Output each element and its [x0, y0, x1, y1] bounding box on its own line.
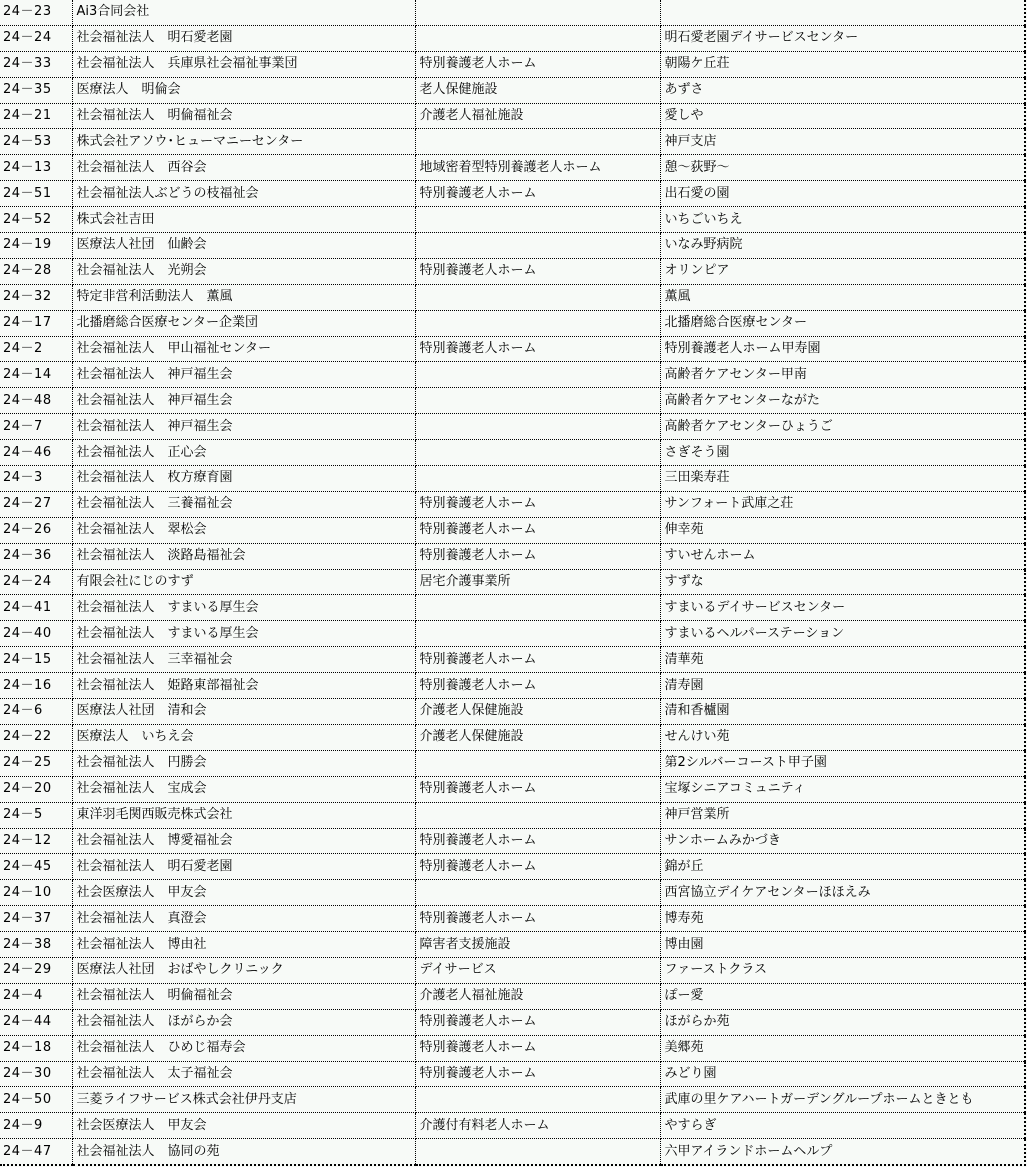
table-row: 24－9社会医療法人 甲友会介護付有料老人ホームやすらぎ [0, 1113, 1025, 1139]
cell-organization[interactable]: 株式会社アソウ･ヒューマニーセンター [72, 129, 415, 155]
cell-facility-type[interactable] [415, 750, 660, 776]
cell-organization[interactable]: 社会福祉法人ぶどうの枝福祉会 [72, 181, 415, 207]
table-row: 24－16社会福祉法人 姫路東部福祉会特別養護老人ホーム清寿園 [0, 673, 1025, 699]
cell-facility-type[interactable]: 特別養護老人ホーム [415, 1009, 660, 1035]
cell-facility-name[interactable]: 錦が丘 [660, 854, 1025, 880]
table-row: 24－19医療法人社団 仙齢会いなみ野病院 [0, 233, 1025, 259]
cell-id[interactable]: 24－53 [0, 129, 72, 155]
cell-facility-type[interactable] [415, 284, 660, 310]
cell-id[interactable]: 24－37 [0, 906, 72, 932]
cell-id[interactable]: 24－16 [0, 673, 72, 699]
table-row: 24－38社会福祉法人 博由社障害者支援施設博由園 [0, 932, 1025, 958]
cell-id[interactable]: 24－50 [0, 1087, 72, 1113]
cell-organization[interactable]: 社会福祉法人 協同の苑 [72, 1139, 415, 1165]
cell-id[interactable]: 24－30 [0, 1061, 72, 1087]
cell-id[interactable]: 24－47 [0, 1139, 72, 1165]
cell-id[interactable]: 24－36 [0, 543, 72, 569]
cell-id[interactable]: 24－15 [0, 647, 72, 673]
table-row: 24－23Ai3合同会社 [0, 0, 1025, 25]
table-row: 24－3社会福祉法人 枚方療育園三田楽寿荘 [0, 466, 1025, 492]
cell-organization[interactable]: 社会福祉法人 太子福祉会 [72, 1061, 415, 1087]
cell-facility-type[interactable]: 特別養護老人ホーム [415, 1061, 660, 1087]
cell-facility-type[interactable] [415, 25, 660, 51]
cell-facility-name[interactable]: ぽー愛 [660, 983, 1025, 1009]
cell-organization[interactable]: 医療法人社団 清和会 [72, 699, 415, 725]
table-row: 24－25社会福祉法人 円勝会第2シルバーコースト甲子園 [0, 750, 1025, 776]
cell-facility-type[interactable]: 特別養護老人ホーム [415, 906, 660, 932]
cell-facility-type[interactable]: 特別養護老人ホーム [415, 673, 660, 699]
cell-id[interactable]: 24－46 [0, 440, 72, 466]
cell-id[interactable]: 24－6 [0, 699, 72, 725]
table-row: 24－33社会福祉法人 兵庫県社会福祉事業団特別養護老人ホーム朝陽ケ丘荘 [0, 51, 1025, 77]
cell-facility-type[interactable] [415, 440, 660, 466]
cell-organization[interactable]: 社会福祉法人 甲山福祉センター [72, 336, 415, 362]
cell-facility-name[interactable]: 伸幸苑 [660, 517, 1025, 543]
table-row: 24－41社会福祉法人 すまいる厚生会すまいるデイサービスセンター [0, 595, 1025, 621]
cell-facility-name[interactable]: 西宮協立デイケアセンターほほえみ [660, 880, 1025, 906]
table-row: 24－2社会福祉法人 甲山福祉センター特別養護老人ホーム特別養護老人ホーム甲寿園 [0, 336, 1025, 362]
table-row: 24－51社会福祉法人ぶどうの枝福祉会特別養護老人ホーム出石愛の園 [0, 181, 1025, 207]
table-row: 24－28社会福祉法人 光朔会特別養護老人ホームオリンピア [0, 258, 1025, 284]
cell-organization[interactable]: 東洋羽毛関西販売株式会社 [72, 802, 415, 828]
cell-facility-name[interactable]: いちごいちえ [660, 207, 1025, 233]
table-row: 24－24社会福祉法人 明石愛老園明石愛老園デイサービスセンター [0, 25, 1025, 51]
table-row: 24－44社会福祉法人 ほがらか会特別養護老人ホームほがらか苑 [0, 1009, 1025, 1035]
table-row: 24－10社会医療法人 甲友会西宮協立デイケアセンターほほえみ [0, 880, 1025, 906]
table-row: 24－14社会福祉法人 神戸福生会高齢者ケアセンター甲南 [0, 362, 1025, 388]
cell-organization[interactable]: 特定非営利活動法人 薫風 [72, 284, 415, 310]
cell-id[interactable]: 24－24 [0, 569, 72, 595]
cell-facility-type[interactable]: 特別養護老人ホーム [415, 51, 660, 77]
table-row: 24－17北播磨総合医療センター企業団北播磨総合医療センター [0, 310, 1025, 336]
cell-facility-name[interactable]: オリンピア [660, 258, 1025, 284]
cell-id[interactable]: 24－21 [0, 103, 72, 129]
cell-facility-name[interactable]: 清和香櫨園 [660, 699, 1025, 725]
cell-facility-name[interactable]: 武庫の里ケアハートガーデングループホームときとも [660, 1087, 1025, 1113]
cell-organization[interactable]: 社会福祉法人 神戸福生会 [72, 388, 415, 414]
cell-facility-name[interactable]: サンホームみかづき [660, 828, 1025, 854]
table-row: 24－6医療法人社団 清和会介護老人保健施設清和香櫨園 [0, 699, 1025, 725]
cell-facility-type[interactable] [415, 310, 660, 336]
cell-id[interactable]: 24－4 [0, 983, 72, 1009]
cell-facility-type[interactable] [415, 466, 660, 492]
cell-organization[interactable]: 株式会社吉田 [72, 207, 415, 233]
cell-facility-type[interactable]: 老人保健施設 [415, 77, 660, 103]
cell-facility-type[interactable]: 特別養護老人ホーム [415, 828, 660, 854]
cell-id[interactable]: 24－32 [0, 284, 72, 310]
table-row: 24－50三菱ライフサービス株式会社伊丹支店武庫の里ケアハートガーデングループホ… [0, 1087, 1025, 1113]
cell-id[interactable]: 24－12 [0, 828, 72, 854]
cell-facility-name[interactable]: あずさ [660, 77, 1025, 103]
cell-facility-type[interactable]: 特別養護老人ホーム [415, 336, 660, 362]
cell-facility-type[interactable]: 特別養護老人ホーム [415, 543, 660, 569]
cell-facility-name[interactable]: 特別養護老人ホーム甲寿園 [660, 336, 1025, 362]
cell-facility-type[interactable]: 特別養護老人ホーム [415, 647, 660, 673]
cell-facility-type[interactable] [415, 388, 660, 414]
cell-facility-type[interactable]: 介護老人保健施設 [415, 699, 660, 725]
cell-id[interactable]: 24－29 [0, 957, 72, 983]
cell-facility-name[interactable]: 明石愛老園デイサービスセンター [660, 25, 1025, 51]
cell-organization[interactable]: 社会福祉法人 翠松会 [72, 517, 415, 543]
cell-id[interactable]: 24－40 [0, 621, 72, 647]
cell-facility-name[interactable]: ほがらか苑 [660, 1009, 1025, 1035]
cell-id[interactable]: 24－20 [0, 776, 72, 802]
cell-organization[interactable]: 医療法人社団 仙齢会 [72, 233, 415, 259]
cell-organization[interactable]: Ai3合同会社 [72, 0, 415, 25]
cell-facility-type[interactable]: 特別養護老人ホーム [415, 517, 660, 543]
table-row: 24－26社会福祉法人 翠松会特別養護老人ホーム伸幸苑 [0, 517, 1025, 543]
cell-organization[interactable]: 社会医療法人 甲友会 [72, 1113, 415, 1139]
cell-id[interactable]: 24－23 [0, 0, 72, 25]
cell-facility-type[interactable] [415, 802, 660, 828]
cell-id[interactable]: 24－41 [0, 595, 72, 621]
cell-facility-name[interactable]: 宝塚シニアコミュニティ [660, 776, 1025, 802]
cell-organization[interactable]: 社会福祉法人 すまいる厚生会 [72, 621, 415, 647]
cell-facility-type[interactable] [415, 129, 660, 155]
cell-facility-name[interactable]: 高齢者ケアセンター甲南 [660, 362, 1025, 388]
cell-organization[interactable]: 社会福祉法人 三幸福祉会 [72, 647, 415, 673]
cell-facility-type[interactable] [415, 207, 660, 233]
cell-id[interactable]: 24－27 [0, 491, 72, 517]
cell-facility-type[interactable] [415, 1087, 660, 1113]
cell-facility-name[interactable]: 三田楽寿荘 [660, 466, 1025, 492]
cell-organization[interactable]: 社会福祉法人 姫路東部福祉会 [72, 673, 415, 699]
cell-organization[interactable]: 社会福祉法人 明石愛老園 [72, 854, 415, 880]
cell-facility-name[interactable]: すずな [660, 569, 1025, 595]
cell-facility-type[interactable]: 居宅介護事業所 [415, 569, 660, 595]
cell-facility-name[interactable]: 神戸支店 [660, 129, 1025, 155]
cell-facility-name[interactable]: 憩～荻野～ [660, 155, 1025, 181]
table-row: 24－20社会福祉法人 宝成会特別養護老人ホーム宝塚シニアコミュニティ [0, 776, 1025, 802]
cell-facility-type[interactable] [415, 414, 660, 440]
cell-organization[interactable]: 社会福祉法人 西谷会 [72, 155, 415, 181]
cell-facility-name[interactable]: ファーストクラス [660, 957, 1025, 983]
cell-facility-name[interactable]: 六甲アイランドホームヘルプ [660, 1139, 1025, 1165]
cell-organization[interactable]: 社会福祉法人 枚方療育園 [72, 466, 415, 492]
cell-id[interactable]: 24－48 [0, 388, 72, 414]
table-row: 24－24有限会社にじのすず居宅介護事業所すずな [0, 569, 1025, 595]
table-row: 24－53株式会社アソウ･ヒューマニーセンター神戸支店 [0, 129, 1025, 155]
cell-facility-name[interactable]: 美郷苑 [660, 1035, 1025, 1061]
cell-id[interactable]: 24－9 [0, 1113, 72, 1139]
cell-organization[interactable]: 社会福祉法人 すまいる厚生会 [72, 595, 415, 621]
cell-id[interactable]: 24－13 [0, 155, 72, 181]
cell-facility-name[interactable]: せんけい苑 [660, 724, 1025, 750]
cell-facility-type[interactable]: デイサービス [415, 957, 660, 983]
cell-id[interactable]: 24－19 [0, 233, 72, 259]
table-row: 24－7社会福祉法人 神戸福生会高齢者ケアセンターひょうご [0, 414, 1025, 440]
table-row: 24－46社会福祉法人 正心会さぎそう園 [0, 440, 1025, 466]
cell-facility-name[interactable]: 薫風 [660, 284, 1025, 310]
cell-facility-type[interactable] [415, 0, 660, 25]
cell-id[interactable]: 24－38 [0, 932, 72, 958]
cell-facility-type[interactable] [415, 233, 660, 259]
cell-organization[interactable]: 社会福祉法人 明倫福祉会 [72, 103, 415, 129]
cell-facility-type[interactable]: 介護老人保健施設 [415, 724, 660, 750]
cell-facility-name[interactable]: サンフォート武庫之荘 [660, 491, 1025, 517]
cell-facility-name[interactable]: みどり園 [660, 1061, 1025, 1087]
table-body: 24－23Ai3合同会社24－24社会福祉法人 明石愛老園明石愛老園デイサービス… [0, 0, 1025, 1165]
cell-organization[interactable]: 社会福祉法人 博由社 [72, 932, 415, 958]
table-row: 24－15社会福祉法人 三幸福祉会特別養護老人ホーム清華苑 [0, 647, 1025, 673]
table-row: 24－13社会福祉法人 西谷会地域密着型特別養護老人ホーム憩～荻野～ [0, 155, 1025, 181]
cell-organization[interactable]: 社会福祉法人 真澄会 [72, 906, 415, 932]
table-row: 24－36社会福祉法人 淡路島福祉会特別養護老人ホームすいせんホーム [0, 543, 1025, 569]
cell-facility-name[interactable]: 博寿苑 [660, 906, 1025, 932]
cell-facility-type[interactable]: 特別養護老人ホーム [415, 776, 660, 802]
cell-organization[interactable]: 医療法人 明倫会 [72, 77, 415, 103]
cell-organization[interactable]: 三菱ライフサービス株式会社伊丹支店 [72, 1087, 415, 1113]
cell-facility-type[interactable] [415, 362, 660, 388]
cell-facility-type[interactable]: 特別養護老人ホーム [415, 181, 660, 207]
cell-id[interactable]: 24－44 [0, 1009, 72, 1035]
cell-facility-name[interactable]: やすらぎ [660, 1113, 1025, 1139]
cell-facility-name[interactable]: 高齢者ケアセンターながた [660, 388, 1025, 414]
table-row: 24－45社会福祉法人 明石愛老園特別養護老人ホーム錦が丘 [0, 854, 1025, 880]
cell-facility-name[interactable]: さぎそう園 [660, 440, 1025, 466]
cell-facility-type[interactable]: 地域密着型特別養護老人ホーム [415, 155, 660, 181]
cell-id[interactable]: 24－26 [0, 517, 72, 543]
cell-id[interactable]: 24－28 [0, 258, 72, 284]
cell-id[interactable]: 24－17 [0, 310, 72, 336]
cell-organization[interactable]: 社会福祉法人 明石愛老園 [72, 25, 415, 51]
table-row: 24－5東洋羽毛関西販売株式会社神戸営業所 [0, 802, 1025, 828]
cell-organization[interactable]: 社会福祉法人 宝成会 [72, 776, 415, 802]
cell-organization[interactable]: 医療法人 いちえ会 [72, 724, 415, 750]
cell-facility-name[interactable]: 神戸営業所 [660, 802, 1025, 828]
spreadsheet-table: 24－23Ai3合同会社24－24社会福祉法人 明石愛老園明石愛老園デイサービス… [0, 0, 1026, 1166]
cell-facility-type[interactable]: 介護老人福祉施設 [415, 983, 660, 1009]
cell-organization[interactable]: 北播磨総合医療センター企業団 [72, 310, 415, 336]
cell-id[interactable]: 24－3 [0, 466, 72, 492]
cell-facility-type[interactable] [415, 1139, 660, 1165]
cell-organization[interactable]: 社会福祉法人 円勝会 [72, 750, 415, 776]
cell-facility-type[interactable] [415, 621, 660, 647]
cell-organization[interactable]: 有限会社にじのすず [72, 569, 415, 595]
cell-organization[interactable]: 社会医療法人 甲友会 [72, 880, 415, 906]
table-row: 24－52株式会社吉田いちごいちえ [0, 207, 1025, 233]
cell-organization[interactable]: 社会福祉法人 光朔会 [72, 258, 415, 284]
cell-facility-type[interactable]: 特別養護老人ホーム [415, 491, 660, 517]
cell-organization[interactable]: 社会福祉法人 正心会 [72, 440, 415, 466]
cell-id[interactable]: 24－33 [0, 51, 72, 77]
table-row: 24－40社会福祉法人 すまいる厚生会すまいるヘルパーステーション [0, 621, 1025, 647]
cell-organization[interactable]: 社会福祉法人 ほがらか会 [72, 1009, 415, 1035]
table-row: 24－48社会福祉法人 神戸福生会高齢者ケアセンターながた [0, 388, 1025, 414]
cell-id[interactable]: 24－5 [0, 802, 72, 828]
table-row: 24－32特定非営利活動法人 薫風薫風 [0, 284, 1025, 310]
cell-facility-name[interactable]: 清寿園 [660, 673, 1025, 699]
cell-id[interactable]: 24－25 [0, 750, 72, 776]
cell-id[interactable]: 24－24 [0, 25, 72, 51]
cell-id[interactable]: 24－7 [0, 414, 72, 440]
cell-facility-name[interactable]: 北播磨総合医療センター [660, 310, 1025, 336]
cell-id[interactable]: 24－52 [0, 207, 72, 233]
table-row: 24－12社会福祉法人 博愛福祉会特別養護老人ホームサンホームみかづき [0, 828, 1025, 854]
cell-facility-type[interactable]: 特別養護老人ホーム [415, 258, 660, 284]
table-row: 24－4社会福祉法人 明倫福祉会介護老人福祉施設ぽー愛 [0, 983, 1025, 1009]
table-row: 24－37社会福祉法人 真澄会特別養護老人ホーム博寿苑 [0, 906, 1025, 932]
cell-facility-name[interactable]: 出石愛の園 [660, 181, 1025, 207]
cell-facility-type[interactable] [415, 595, 660, 621]
cell-id[interactable]: 24－2 [0, 336, 72, 362]
cell-id[interactable]: 24－22 [0, 724, 72, 750]
cell-id[interactable]: 24－18 [0, 1035, 72, 1061]
cell-facility-name[interactable]: 愛しや [660, 103, 1025, 129]
cell-id[interactable]: 24－10 [0, 880, 72, 906]
table-row: 24－18社会福祉法人 ひめじ福寿会特別養護老人ホーム美郷苑 [0, 1035, 1025, 1061]
table-row: 24－27社会福祉法人 三養福祉会特別養護老人ホームサンフォート武庫之荘 [0, 491, 1025, 517]
cell-organization[interactable]: 社会福祉法人 ひめじ福寿会 [72, 1035, 415, 1061]
cell-facility-name[interactable]: 清華苑 [660, 647, 1025, 673]
cell-facility-name[interactable]: 第2シルバーコースト甲子園 [660, 750, 1025, 776]
cell-organization[interactable]: 社会福祉法人 兵庫県社会福祉事業団 [72, 51, 415, 77]
cell-organization[interactable]: 社会福祉法人 神戸福生会 [72, 362, 415, 388]
cell-id[interactable]: 24－45 [0, 854, 72, 880]
cell-organization[interactable]: 社会福祉法人 神戸福生会 [72, 414, 415, 440]
cell-facility-name[interactable]: すいせんホーム [660, 543, 1025, 569]
cell-facility-name[interactable]: すまいるデイサービスセンター [660, 595, 1025, 621]
cell-organization[interactable]: 社会福祉法人 明倫福祉会 [72, 983, 415, 1009]
table-row: 24－35医療法人 明倫会老人保健施設あずさ [0, 77, 1025, 103]
table-row: 24－29医療法人社団 おばやしクリニックデイサービスファーストクラス [0, 957, 1025, 983]
table-row: 24－21社会福祉法人 明倫福祉会介護老人福祉施設愛しや [0, 103, 1025, 129]
cell-id[interactable]: 24－51 [0, 181, 72, 207]
table-row: 24－30社会福祉法人 太子福祉会特別養護老人ホームみどり園 [0, 1061, 1025, 1087]
cell-facility-name[interactable]: 高齢者ケアセンターひょうご [660, 414, 1025, 440]
cell-facility-type[interactable]: 介護付有料老人ホーム [415, 1113, 660, 1139]
table-row: 24－47社会福祉法人 協同の苑六甲アイランドホームヘルプ [0, 1139, 1025, 1165]
cell-facility-type[interactable]: 障害者支援施設 [415, 932, 660, 958]
cell-id[interactable]: 24－35 [0, 77, 72, 103]
cell-facility-type[interactable]: 特別養護老人ホーム [415, 1035, 660, 1061]
cell-organization[interactable]: 社会福祉法人 博愛福祉会 [72, 828, 415, 854]
cell-facility-name[interactable] [660, 0, 1025, 25]
cell-id[interactable]: 24－14 [0, 362, 72, 388]
cell-facility-name[interactable]: すまいるヘルパーステーション [660, 621, 1025, 647]
cell-facility-type[interactable]: 特別養護老人ホーム [415, 854, 660, 880]
cell-facility-name[interactable]: 朝陽ケ丘荘 [660, 51, 1025, 77]
cell-organization[interactable]: 医療法人社団 おばやしクリニック [72, 957, 415, 983]
cell-facility-name[interactable]: いなみ野病院 [660, 233, 1025, 259]
cell-facility-type[interactable]: 介護老人福祉施設 [415, 103, 660, 129]
table-row: 24－22医療法人 いちえ会介護老人保健施設せんけい苑 [0, 724, 1025, 750]
cell-facility-type[interactable] [415, 880, 660, 906]
cell-organization[interactable]: 社会福祉法人 淡路島福祉会 [72, 543, 415, 569]
cell-organization[interactable]: 社会福祉法人 三養福祉会 [72, 491, 415, 517]
cell-facility-name[interactable]: 博由園 [660, 932, 1025, 958]
